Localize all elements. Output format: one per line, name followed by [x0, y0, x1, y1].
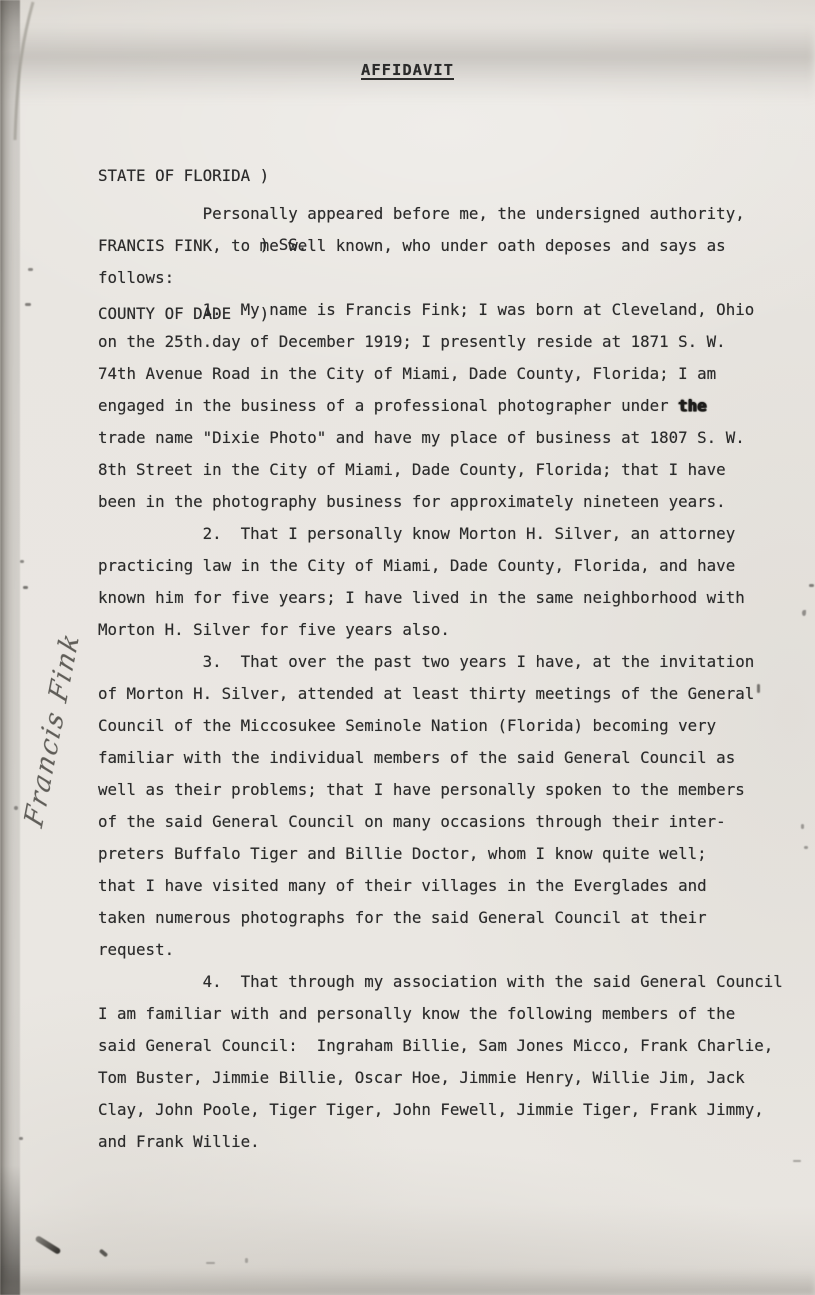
scanned-page: AFFIDAVIT STATE OF FLORIDA ) ) SS. COUNT… [0, 0, 815, 1295]
ink-speck [28, 268, 33, 271]
body-line: practicing law in the City of Miami, Dad… [98, 550, 798, 582]
ink-speck [245, 1258, 248, 1263]
body-line-text: engaged in the business of a professiona… [98, 396, 678, 415]
page-title: AFFIDAVIT [0, 61, 815, 79]
body-line: been in the photography business for app… [98, 486, 798, 518]
body-line: request. [98, 934, 798, 966]
body-line: Personally appeared before me, the under… [98, 198, 798, 230]
body-line: 1. My name is Francis Fink; I was born a… [98, 294, 798, 326]
ink-speck [802, 610, 806, 616]
body-line: trade name "Dixie Photo" and have my pla… [98, 422, 798, 454]
body-line: taken numerous photographs for the said … [98, 902, 798, 934]
ink-speck [793, 1160, 801, 1162]
body-line: 3. That over the past two years I have, … [98, 646, 798, 678]
body-line: FRANCIS FINK, to me well known, who unde… [98, 230, 798, 262]
ink-speck [19, 1137, 23, 1140]
body-line: 74th Avenue Road in the City of Miami, D… [98, 358, 798, 390]
body-line: I am familiar with and personally know t… [98, 998, 798, 1030]
body-line: of Morton H. Silver, attended at least t… [98, 678, 798, 710]
body-line: 8th Street in the City of Miami, Dade Co… [98, 454, 798, 486]
body-line: known him for five years; I have lived i… [98, 582, 798, 614]
ink-speck [809, 584, 814, 587]
body-line: Morton H. Silver for five years also. [98, 614, 798, 646]
ink-speck [206, 1262, 215, 1264]
body-line: 4. That through my association with the … [98, 966, 798, 998]
body-text: Personally appeared before me, the under… [98, 198, 798, 1158]
ink-speck [20, 560, 24, 563]
body-line: that I have visited many of their villag… [98, 870, 798, 902]
body-line: familiar with the individual members of … [98, 742, 798, 774]
body-line: on the 25th.day of December 1919; I pres… [98, 326, 798, 358]
ink-speck [801, 824, 804, 829]
ink-mark [99, 1249, 108, 1258]
scan-bottom-shadow [0, 1269, 815, 1295]
body-line: well as their problems; that I have pers… [98, 774, 798, 806]
ink-speck [804, 846, 808, 849]
smudged-word: the [678, 396, 707, 415]
body-line: preters Buffalo Tiger and Billie Doctor,… [98, 838, 798, 870]
scan-left-edge [0, 0, 20, 1295]
body-line: follows: [98, 262, 798, 294]
venue-line-state: STATE OF FLORIDA ) [98, 164, 307, 187]
ink-speck [14, 806, 18, 810]
body-line: engaged in the business of a professiona… [98, 390, 798, 422]
ink-speck [25, 303, 31, 306]
ink-mark [35, 1235, 62, 1255]
body-line: of the said General Council on many occa… [98, 806, 798, 838]
body-line: 2. That I personally know Morton H. Silv… [98, 518, 798, 550]
body-line: Clay, John Poole, Tiger Tiger, John Fewe… [98, 1094, 798, 1126]
body-line: Council of the Miccosukee Seminole Natio… [98, 710, 798, 742]
ink-speck [23, 586, 28, 589]
body-line: said General Council: Ingraham Billie, S… [98, 1030, 798, 1062]
body-line: Tom Buster, Jimmie Billie, Oscar Hoe, Ji… [98, 1062, 798, 1094]
body-line: and Frank Willie. [98, 1126, 798, 1158]
margin-signature: Francis Fink [19, 667, 77, 831]
